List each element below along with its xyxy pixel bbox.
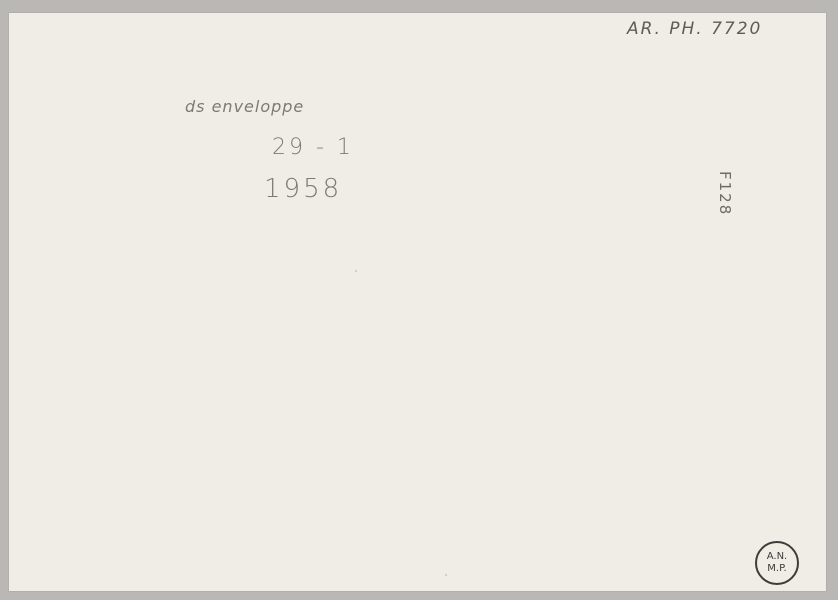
- handwritten-note-year: 1958: [264, 174, 342, 204]
- paper-speck: [355, 270, 357, 272]
- stamp-line-2: M.P.: [767, 563, 786, 575]
- archive-reference-number: AR. PH. 7720: [627, 19, 762, 39]
- stamp-line-1: A.N.: [767, 551, 788, 563]
- photo-verso-paper: AR. PH. 7720 ds enveloppe 29 - 1 1958 F1…: [9, 13, 826, 591]
- handwritten-note-date: 29 - 1: [272, 135, 354, 160]
- vertical-code-label: F128: [716, 171, 734, 216]
- paper-speck: [445, 574, 447, 576]
- handwritten-note-envelope: ds enveloppe: [185, 97, 304, 116]
- archive-stamp: A.N. M.P.: [755, 541, 799, 585]
